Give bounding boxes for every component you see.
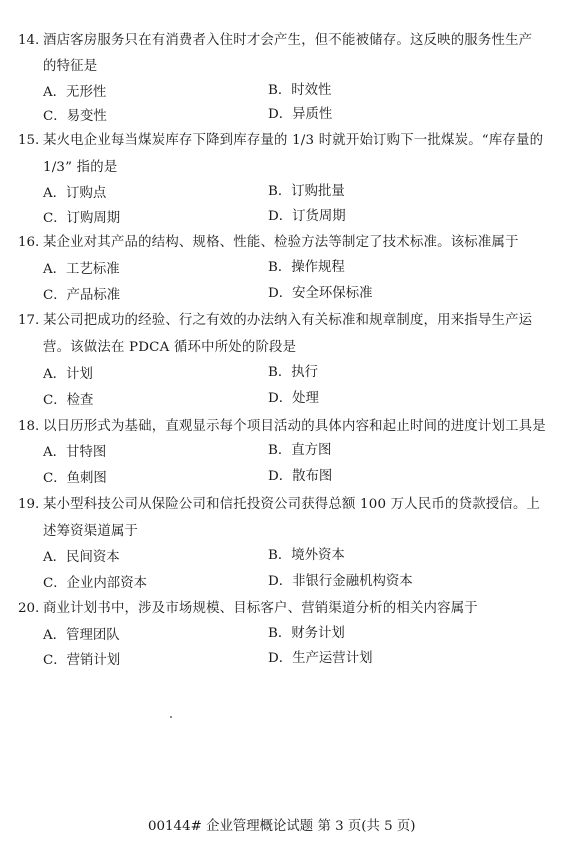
- option-b: B．执行: [268, 364, 318, 382]
- question-stem-line: 商业计划书中，涉及市场规模、目标客户、营销渠道分析的相关内容属于: [43, 600, 478, 618]
- question-number: 19.: [18, 496, 39, 514]
- option-b: B．直方图: [268, 442, 331, 460]
- question-number: 15.: [18, 132, 39, 150]
- question-stem-line: 酒店客房服务只在有消费者入住时才会产生，但不能被储存。这反映的服务性生产: [43, 32, 532, 50]
- question-stem-line: 某火电企业每当煤炭库存下降到库存量的 1/3 时就开始订购下一批煤炭。“库存量的: [43, 132, 543, 150]
- option-a: A．计划: [43, 366, 93, 384]
- option-a: A．订购点: [43, 185, 106, 203]
- page-footer: 00144# 企业管理概论试题 第 3 页(共 5 页): [148, 818, 416, 836]
- scan-speck: [170, 716, 172, 718]
- option-c: C．营销计划: [43, 652, 120, 670]
- question-number: 18.: [18, 418, 39, 436]
- option-a: A．甘特图: [43, 444, 106, 462]
- question-number: 17.: [18, 312, 39, 330]
- question-stem-line: 某公司把成功的经验、行之有效的办法纳入有关标准和规章制度，用来指导生产运: [43, 312, 532, 330]
- question-stem-line: 述筹资渠道属于: [43, 523, 138, 541]
- question-stem-line: 某企业对其产品的结构、规格、性能、检验方法等制定了技术标准。该标准属于: [43, 234, 519, 252]
- option-b: B．订购批量: [268, 183, 345, 201]
- option-d: D．安全环保标准: [268, 285, 372, 303]
- question-stem-line: 的特征是: [43, 58, 97, 76]
- option-d: D．处理: [268, 390, 319, 408]
- option-d: D．异质性: [268, 106, 332, 124]
- option-d: D．生产运营计划: [268, 650, 372, 668]
- option-c: C．企业内部资本: [43, 575, 147, 593]
- option-d: D．散布图: [268, 468, 332, 486]
- question-stem-line: 以日历形式为基础，直观显示每个项目活动的具体内容和起止时间的进度计划工具是: [43, 418, 546, 436]
- question-number: 14.: [18, 32, 39, 50]
- option-c: C．鱼刺图: [43, 470, 107, 488]
- option-d: D．非银行金融机构资本: [268, 573, 413, 591]
- option-c: C．检查: [43, 392, 93, 410]
- option-c: C．易变性: [43, 108, 107, 126]
- option-b: B．时效性: [268, 82, 331, 100]
- option-a: A．无形性: [43, 84, 106, 102]
- option-b: B．境外资本: [268, 547, 345, 565]
- option-c: C．产品标准: [43, 287, 120, 305]
- question-stem-line: 1/3” 指的是: [43, 159, 117, 177]
- option-b: B．财务计划: [268, 625, 345, 643]
- option-c: C．订购周期: [43, 210, 120, 228]
- option-b: B．操作规程: [268, 259, 345, 277]
- question-number: 20.: [18, 600, 39, 618]
- question-stem-line: 营。该做法在 PDCA 循环中所处的阶段是: [43, 339, 296, 357]
- option-d: D．订货周期: [268, 208, 346, 226]
- question-stem-line: 某小型科技公司从保险公司和信托投资公司获得总额 100 万人民币的贷款授信。上: [43, 496, 540, 514]
- question-number: 16.: [18, 234, 39, 252]
- option-a: A．民间资本: [43, 549, 120, 567]
- option-a: A．工艺标准: [43, 261, 120, 279]
- option-a: A．管理团队: [43, 627, 120, 645]
